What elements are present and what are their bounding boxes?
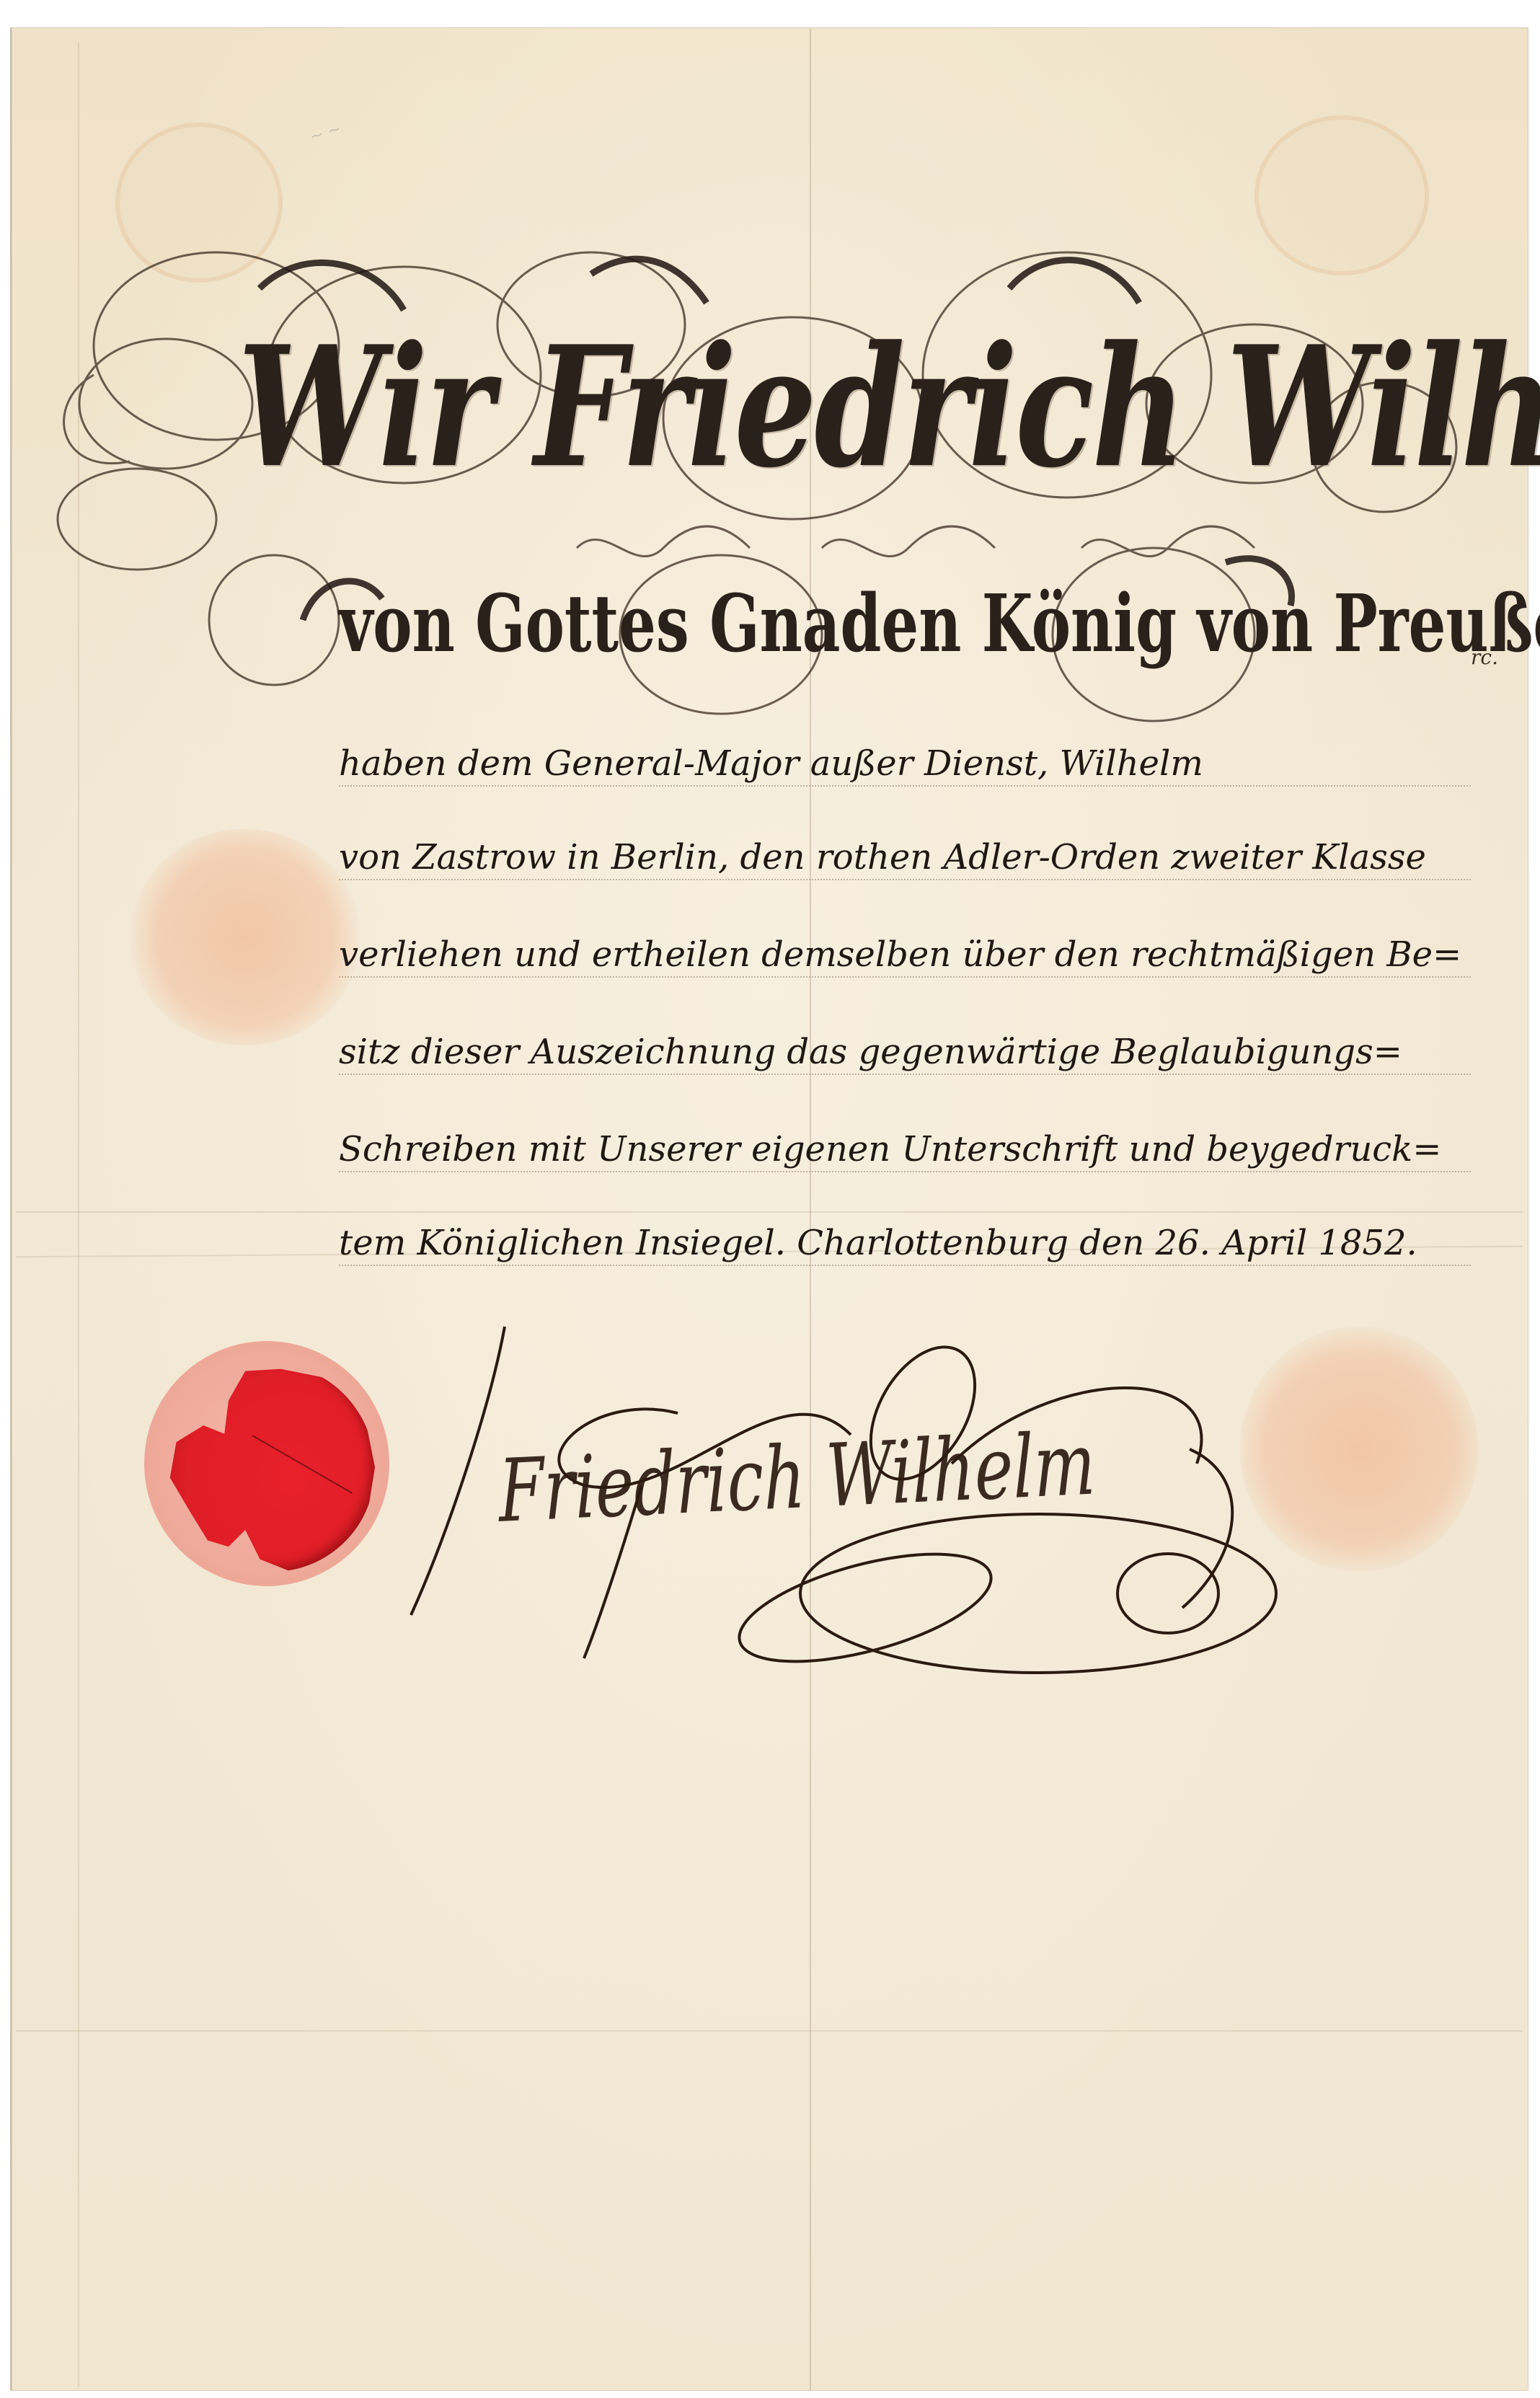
body-line-5: Schreiben mit Unserer eigenen Unterschri…: [339, 1132, 1471, 1172]
fold-line-vertical-left: [78, 43, 79, 2386]
title-subheading: von Gottes Gnaden König von Preußen: [339, 584, 1540, 663]
fold-line-horizontal-lower: [16, 2030, 1523, 2032]
body-line-4: sitz dieser Auszeichnung das gegenwärtig…: [339, 1035, 1471, 1075]
body-line-2: von Zastrow in Berlin, den rothen Adler-…: [339, 840, 1471, 880]
royal-signature: Friedrich Wilhelm: [404, 1319, 1341, 1694]
title-heading: Wir Friedrich Wilhelm,: [238, 324, 1540, 490]
body-line-6: tem Königlichen Insiegel. Charlottenburg…: [339, 1226, 1471, 1266]
wax-seal-body: [166, 1363, 375, 1572]
body-line-3: verliehen und ertheilen demselben über d…: [339, 937, 1471, 978]
etc-abbreviation: rc.: [1471, 645, 1498, 669]
wax-seal: [144, 1341, 389, 1586]
body-line-1: haben dem General-Major außer Dienst, Wi…: [339, 746, 1471, 787]
fold-line-horizontal-upper: [16, 1211, 1523, 1213]
